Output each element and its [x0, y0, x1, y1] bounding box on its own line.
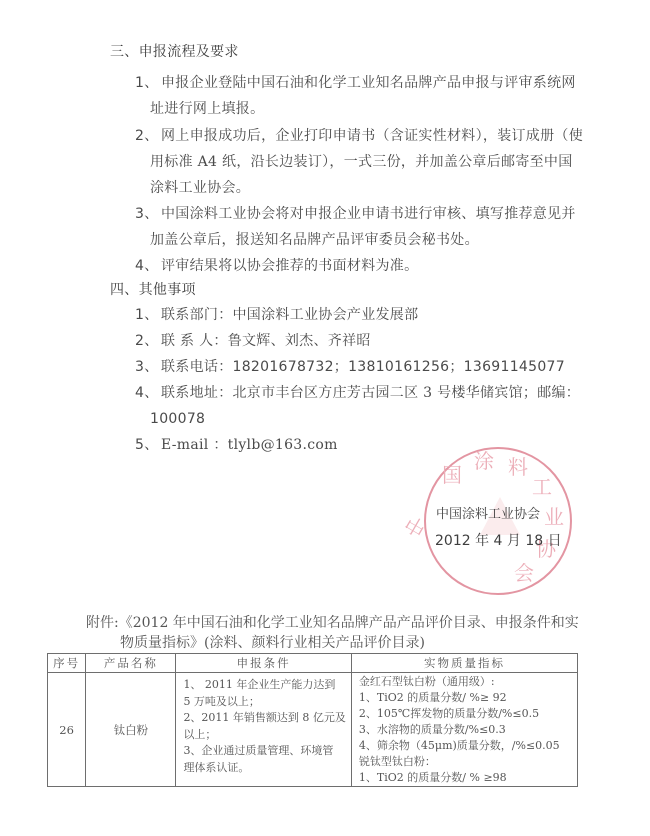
- section3-item-3: 3、中国涂料工业协会将对申报企业申请书进行审核、填写推荐意见并: [135, 205, 576, 223]
- quality-line: 1、TiO2 的质量分数/ % ≥98: [359, 770, 572, 786]
- quality-line: 3、水溶物的质量分数/%≤0.3: [359, 722, 572, 738]
- contact-department: 1、联系部门：中国涂料工业协会产业发展部: [135, 306, 418, 324]
- quality-line: 2、105℃挥发物的质量分数/%≤0.5: [359, 706, 572, 722]
- header-seq: 序号: [48, 654, 86, 673]
- contact-email: 5、E-mail ：tlylb@163.com: [135, 436, 338, 454]
- table-header-row: 序号 产品名称 申报条件 实物质量指标: [48, 654, 578, 673]
- cell-conditions: 1、 2011 年企业生产能力达到 5 万吨及以上； 2、2011 年销售额达到…: [176, 673, 351, 787]
- contact-person: 2、联 系 人：鲁文辉、刘杰、齐祥昭: [135, 332, 371, 350]
- quality-line: 金红石型钛白粉（通用级）:: [359, 674, 572, 690]
- section4-heading: 四、其他事项: [110, 281, 196, 299]
- cell-product-name: 钛白粉: [86, 673, 176, 787]
- contact-phone: 3、联系电话：18201678732；13810161256；136911450…: [135, 358, 565, 376]
- contact-postcode: 100078: [150, 410, 205, 428]
- seal-organization: 中国涂料工业协会: [436, 503, 540, 522]
- header-quality: 实物质量指标: [351, 654, 577, 673]
- cell-seq: 26: [48, 673, 86, 787]
- quality-line: 4、筛余物（45μm)质量分数，/%≤0.05: [359, 738, 572, 754]
- condition-line: 2、2011 年销售额达到 8 亿元及: [183, 710, 345, 727]
- header-conditions: 申报条件: [176, 654, 351, 673]
- section3-heading: 三、申报流程及要求: [110, 43, 239, 61]
- section3-item-4: 4、评审结果将以协会推荐的书面材料为准。: [135, 257, 418, 275]
- attachment-title-line1: 附件:《2012 年中国石油和化学工业知名品牌产品产品评价目录、申报条件和实: [86, 612, 579, 632]
- section3-item-2: 2、网上申报成功后，企业打印申请书（含证实性材料），装订成册（使: [135, 127, 583, 145]
- section3-item-2-cont2: 涂料工业协会。: [150, 179, 250, 197]
- condition-line: 以上；: [183, 727, 345, 744]
- section3-item-3-cont: 加盖公章后，报送知名品牌产品评审委员会秘书处。: [150, 231, 479, 249]
- quality-line: 锐钛型钛白粉：: [359, 754, 572, 770]
- condition-line: 5 万吨及以上；: [183, 694, 345, 711]
- email-link[interactable]: tlylb@163.com: [228, 437, 338, 453]
- product-evaluation-table: 序号 产品名称 申报条件 实物质量指标 26 钛白粉 1、 2011 年企业生产…: [47, 653, 578, 787]
- condition-line: 3、企业通过质量管理、环境管: [183, 743, 345, 760]
- section3-item-1: 1、申报企业登陆中国石油和化学工业知名品牌产品申报与评审系统网: [135, 74, 576, 92]
- condition-line: 1、 2011 年企业生产能力达到: [183, 677, 345, 694]
- seal-date: 2012 年 4 月 18 日: [435, 530, 562, 550]
- cell-quality: 金红石型钛白粉（通用级）: 1、TiO2 的质量分数/ %≥ 92 2、105℃…: [351, 673, 577, 787]
- table-row: 26 钛白粉 1、 2011 年企业生产能力达到 5 万吨及以上； 2、2011…: [48, 673, 578, 787]
- section3-item-1-cont: 址进行网上填报。: [150, 100, 264, 118]
- contact-address: 4、联系地址：北京市丰台区方庄芳古园二区 3 号楼华储宾馆；邮编：: [135, 384, 580, 402]
- quality-line: 1、TiO2 的质量分数/ %≥ 92: [359, 690, 572, 706]
- header-product-name: 产品名称: [86, 654, 176, 673]
- section3-item-2-cont: 用标准 A4 纸，沿长边装订），一式三份，并加盖公章后邮寄至中国: [150, 153, 573, 171]
- attachment-title-line2: 物质量指标》(涂料、颜料行业相关产品评价目录): [120, 632, 425, 652]
- condition-line: 理体系认证。: [183, 760, 345, 777]
